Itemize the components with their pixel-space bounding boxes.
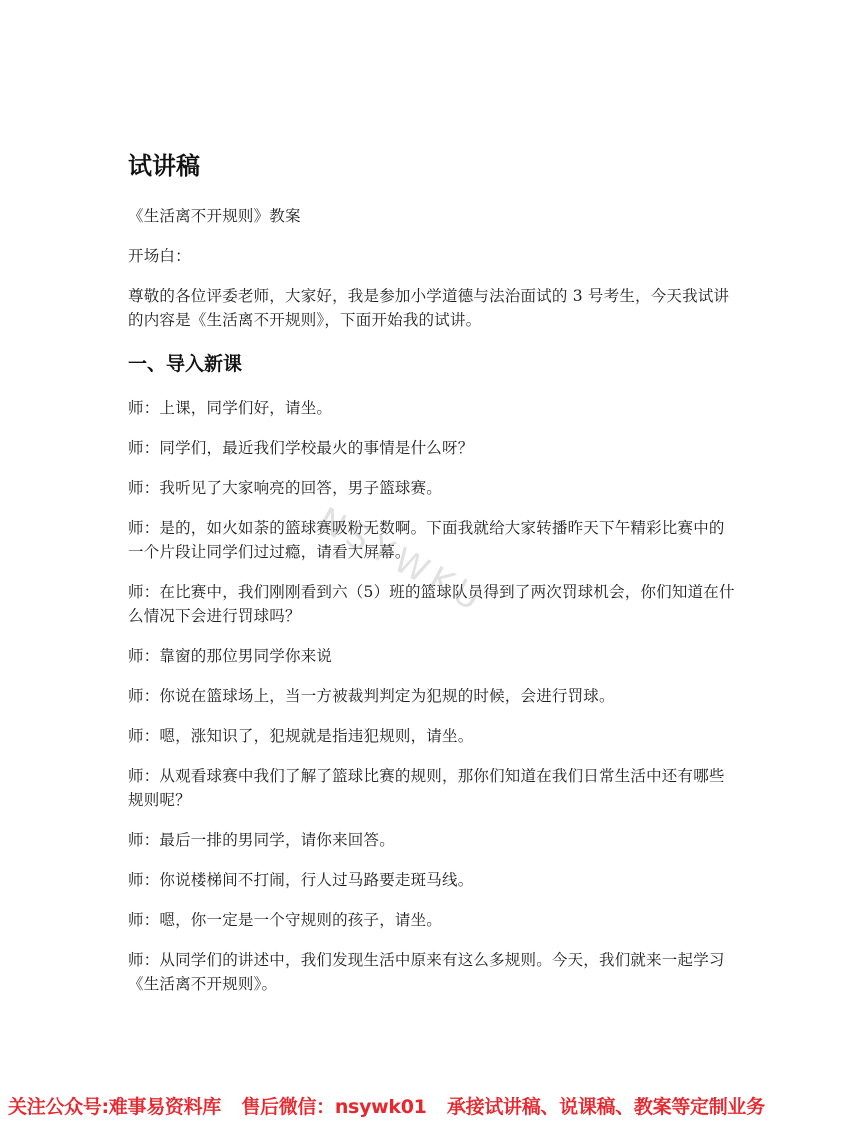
dialogue-paragraph: 师：同学们，最近我们学校最火的事情是什么呀？: [128, 436, 740, 460]
document-title: 试讲稿: [128, 150, 740, 182]
dialogue-paragraph: 师：在比赛中，我们刚刚看到六（5）班的篮球队员得到了两次罚球机会，你们知道在什么…: [128, 580, 740, 628]
footer-wechat-text: 售后微信：nsywk01: [241, 1096, 426, 1118]
dialogue-paragraph: 师：上课，同学们好，请坐。: [128, 396, 740, 420]
opening-paragraph: 尊敬的各位评委老师，大家好，我是参加小学道德与法治面试的 3 号考生，今天我试讲…: [128, 284, 740, 332]
dialogue-paragraph: 师：你说在篮球场上，当一方被裁判判定为犯规的时候，会进行罚球。: [128, 684, 740, 708]
dialogue-paragraph: 师：嗯，你一定是一个守规则的孩子，请坐。: [128, 908, 740, 932]
dialogue-paragraph: 师：从观看球赛中我们了解了篮球比赛的规则，那你们知道在我们日常生活中还有哪些规则…: [128, 764, 740, 812]
section-heading-intro: 一、导入新课: [128, 350, 740, 378]
footer-follow-text: 关注公众号:难事易资料库: [8, 1096, 221, 1118]
dialogue-paragraph: 师：是的，如火如荼的篮球赛吸粉无数啊。下面我就给大家转播昨天下午精彩比赛中的一个…: [128, 516, 740, 564]
dialogue-paragraph: 师：最后一排的男同学，请你来回答。: [128, 828, 740, 852]
opening-label: 开场白：: [128, 244, 740, 268]
dialogue-paragraph: 师：从同学们的讲述中，我们发现生活中原来有这么多规则。今天，我们就来一起学习《生…: [128, 948, 740, 996]
dialogue-paragraph: 师：靠窗的那位男同学你来说: [128, 644, 740, 668]
footer-promo-banner: 关注公众号:难事易资料库 售后微信：nsywk01 承接试讲稿、说课稿、教案等定…: [0, 1092, 866, 1122]
dialogue-paragraph: 师：嗯，涨知识了，犯规就是指违犯规则，请坐。: [128, 724, 740, 748]
dialogue-paragraph: 师：我听见了大家响亮的回答，男子篮球赛。: [128, 476, 740, 500]
document-page: 试讲稿 《生活离不开规则》教案 开场白： 尊敬的各位评委老师，大家好，我是参加小…: [128, 150, 740, 1012]
lesson-subtitle: 《生活离不开规则》教案: [128, 204, 740, 228]
dialogue-paragraph: 师：你说楼梯间不打闹，行人过马路要走斑马线。: [128, 868, 740, 892]
footer-service-text: 承接试讲稿、说课稿、教案等定制业务: [447, 1096, 765, 1118]
